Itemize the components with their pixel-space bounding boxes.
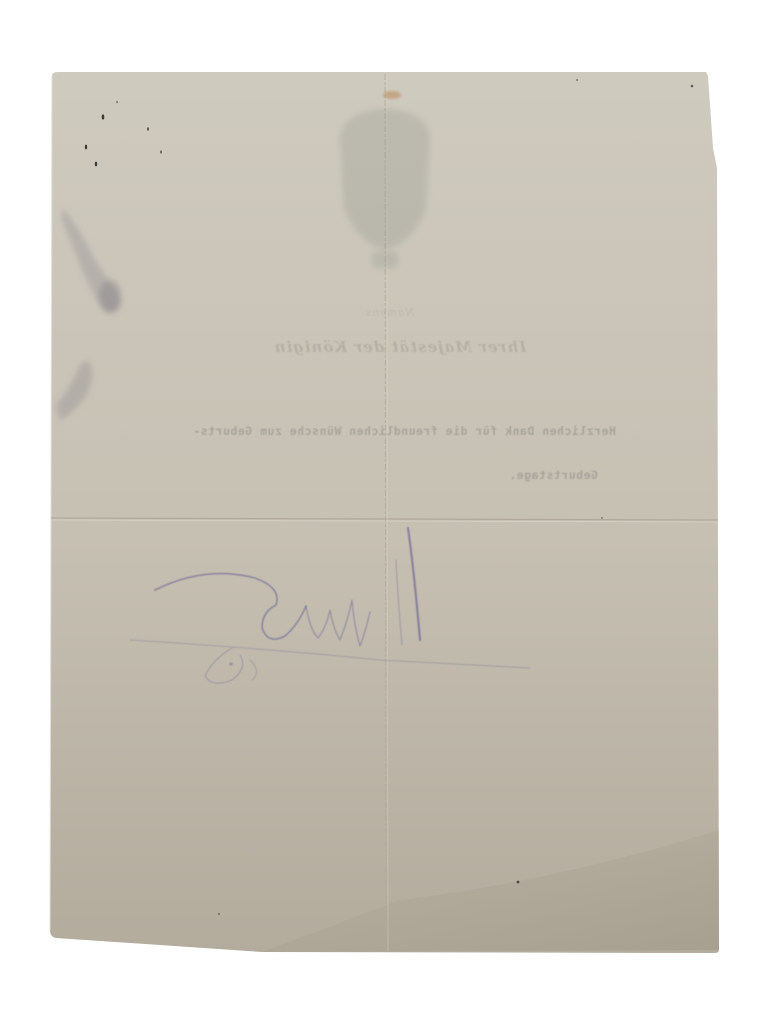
rust-stain xyxy=(383,91,401,99)
showthrough-body-line-1: Herzlichen Dank für die freundlichen Wün… xyxy=(96,424,616,438)
photo-stage: Namens Ihrer Majestät der Königin Herzli… xyxy=(0,0,768,1024)
letter-sheet xyxy=(0,0,768,1024)
showthrough-body-line-2: Geburtstage. xyxy=(508,468,598,482)
showthrough-heading-small: Namens xyxy=(340,306,440,319)
showthrough-heading: Ihrer Majestät der Königin xyxy=(210,338,590,356)
